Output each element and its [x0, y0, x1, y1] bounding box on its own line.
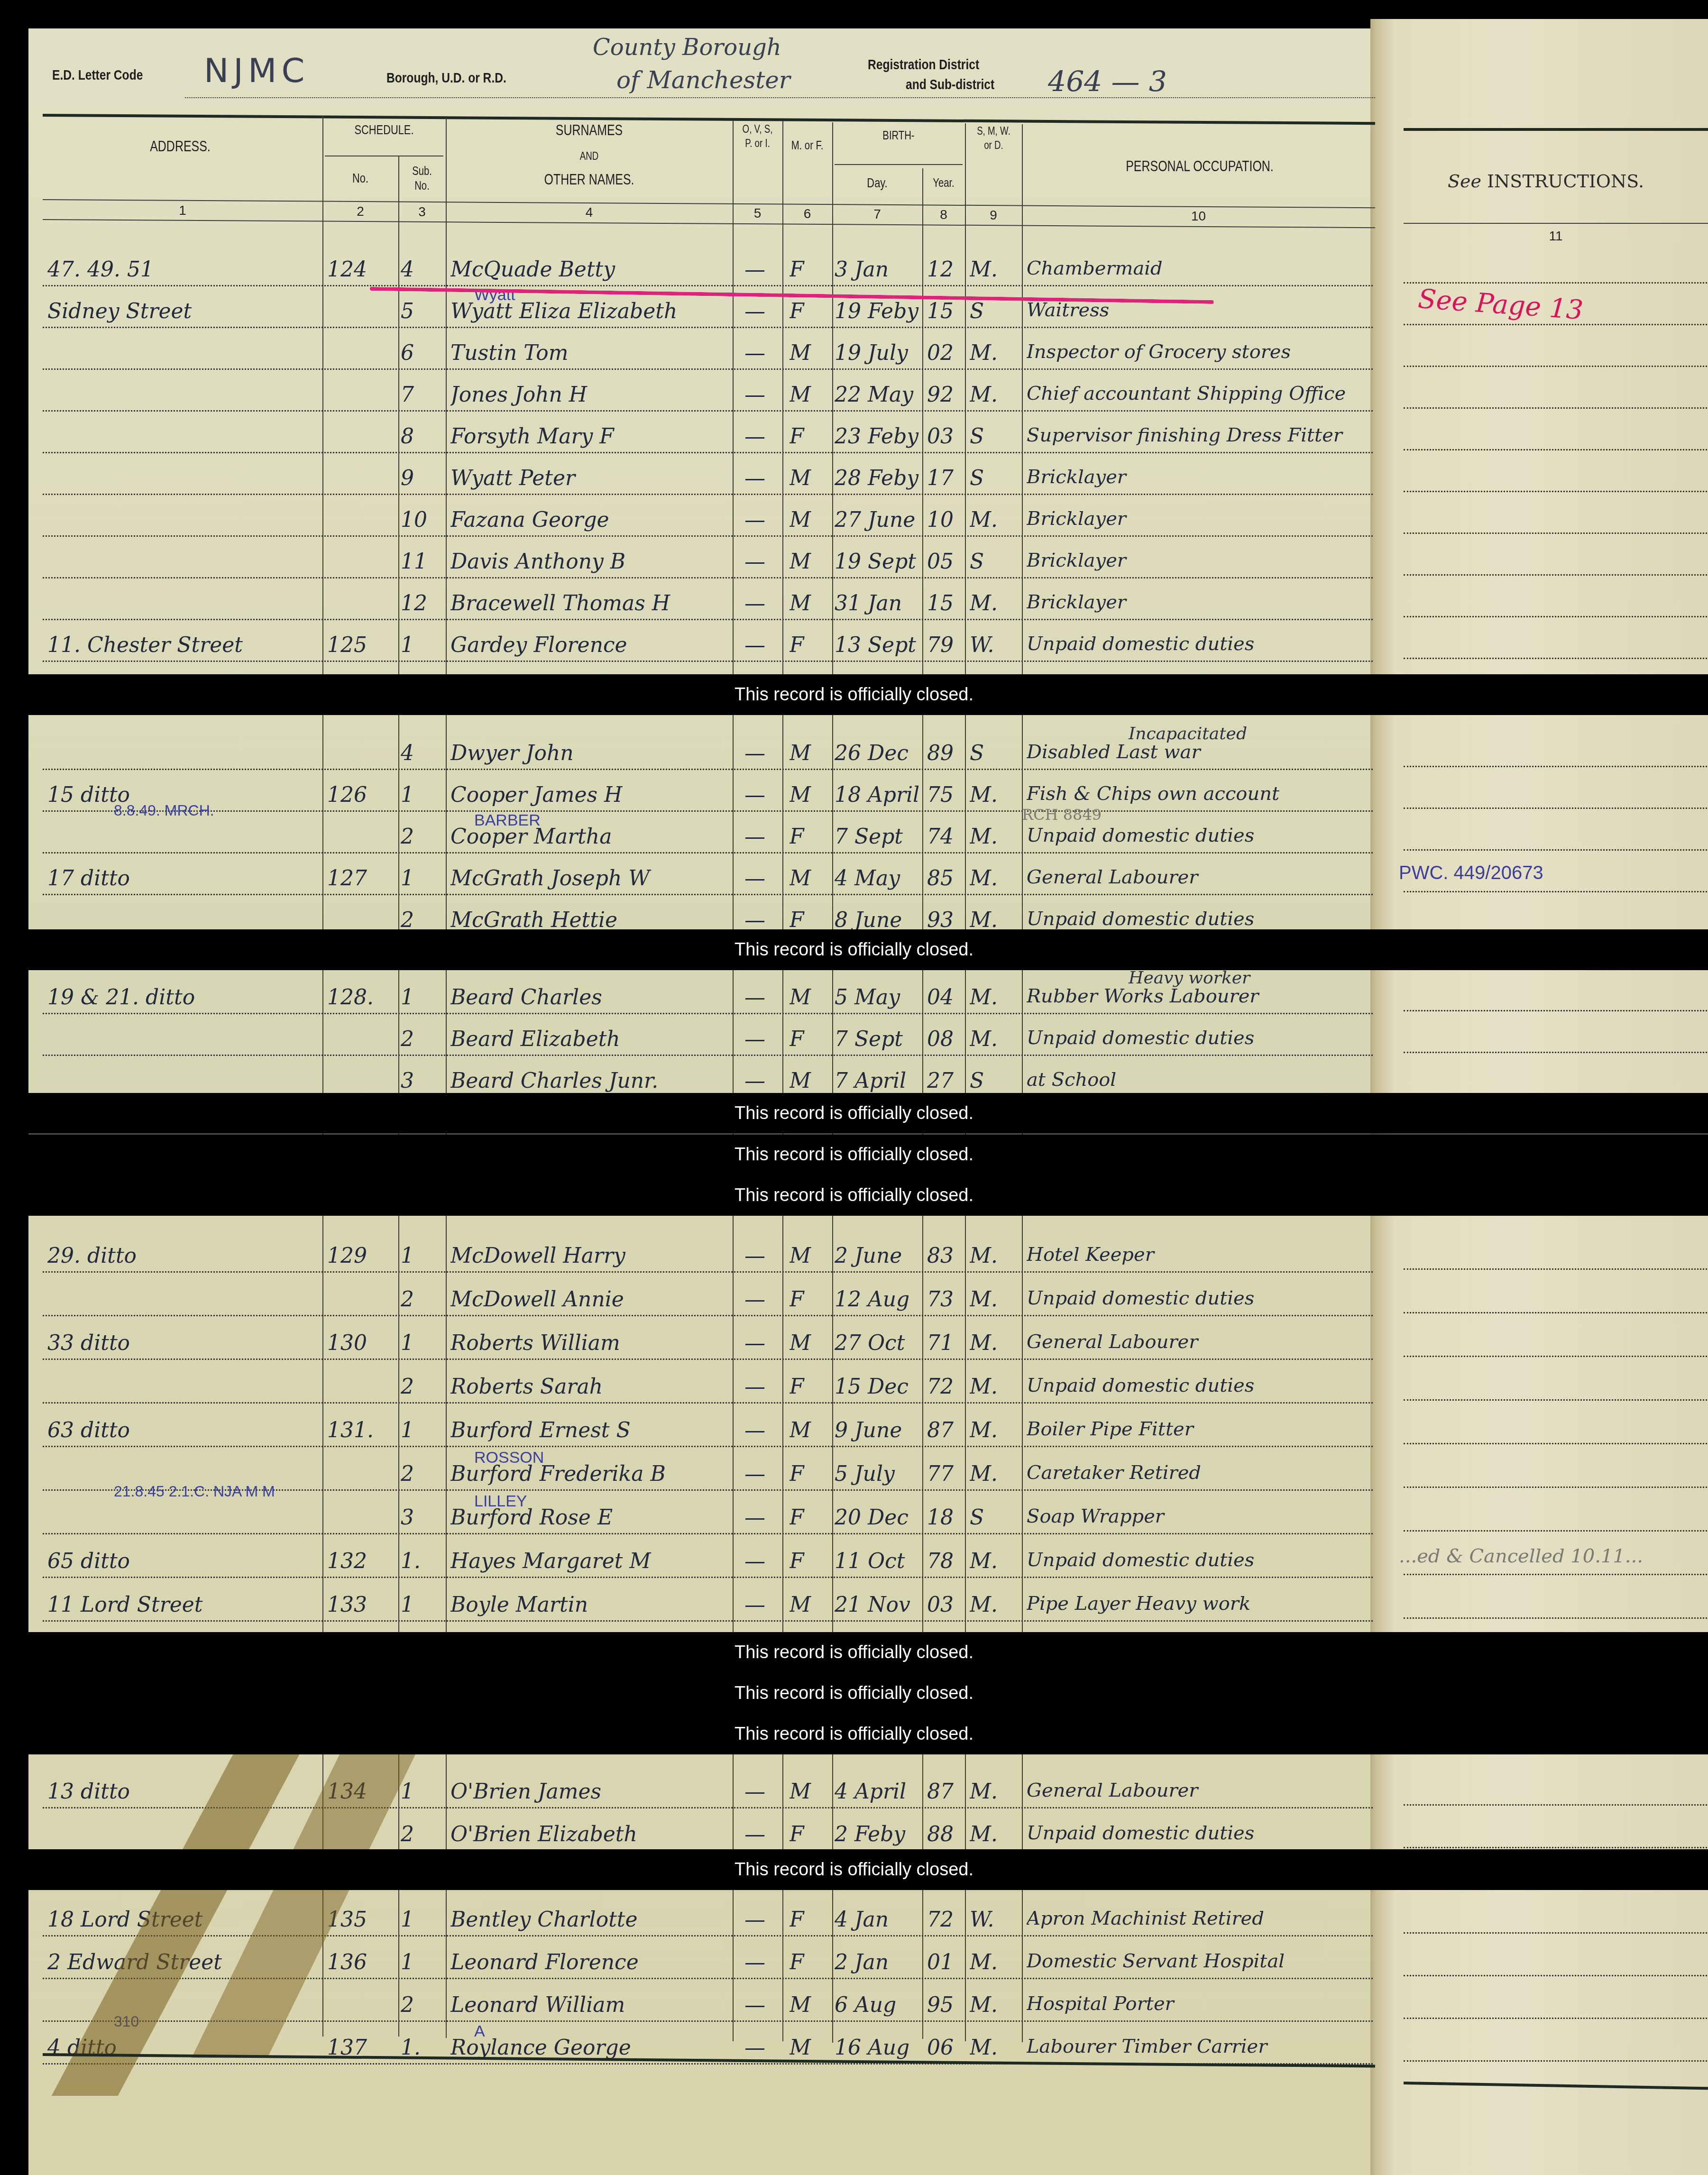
census-row: 63 ditto131.1Burford Ernest S—M9 June87M…: [0, 1410, 1375, 1452]
right-page-dotted-line: [1404, 1268, 1707, 1270]
cell-year: 74: [927, 825, 964, 849]
col-header-mf: M. or F.: [790, 138, 825, 153]
cell-sex: M: [790, 1418, 830, 1442]
name-annotation: ROSSON: [474, 1449, 544, 1467]
cell-address: 65 ditto: [47, 1549, 320, 1573]
right-page-dotted-line: [1404, 324, 1707, 325]
cell-name: Roberts William: [450, 1331, 730, 1355]
col-number: 6: [782, 206, 832, 221]
row-dotted-line: [43, 494, 1373, 495]
row-dotted-line: [43, 1013, 1373, 1014]
cell-ovspi: —: [744, 1505, 778, 1530]
cell-sub: 7: [401, 383, 443, 407]
cell-sched: 127: [327, 866, 396, 890]
row-dotted-line: [43, 285, 1373, 286]
cell-day: 4 Jan: [835, 1908, 921, 1932]
redaction-text: This record is officially closed.: [735, 1185, 973, 1206]
cell-ovspi: —: [744, 550, 778, 574]
right-page-dotted-line: [1404, 808, 1707, 809]
right-page-dotted-line: [1404, 1399, 1707, 1401]
cell-day: 2 Jan: [835, 1950, 921, 1974]
cell-status: M.: [970, 1593, 1021, 1617]
cell-status: S: [970, 299, 1021, 323]
cell-year: 17: [927, 466, 964, 490]
cell-occupation: Unpaid domestic duties: [1027, 1822, 1373, 1844]
redaction-bar: This record is officially closed.: [0, 1134, 1708, 1175]
cell-sex: M: [790, 1331, 830, 1355]
cell-occupation: Soap Wrapper: [1027, 1505, 1373, 1527]
cell-year: 77: [927, 1462, 964, 1486]
cell-occupation: Domestic Servant Hospital: [1027, 1950, 1373, 1972]
cell-sched: 129: [327, 1244, 396, 1268]
right-page-dotted-line: [1404, 1356, 1707, 1357]
cell-name: Davis Anthony B: [450, 550, 730, 574]
cell-sub: 6: [401, 341, 443, 365]
redaction-text: This record is officially closed.: [735, 1103, 973, 1124]
cell-year: 75: [927, 783, 964, 807]
cell-sub: 1: [401, 783, 443, 807]
cell-name: McGrath Hettie: [450, 908, 730, 932]
row-dotted-line: [43, 1446, 1373, 1447]
cell-ovspi: —: [744, 866, 778, 890]
cell-occupation: Bricklayer: [1027, 466, 1373, 488]
row-dotted-line: [43, 1533, 1373, 1534]
cell-sex: F: [790, 257, 830, 282]
census-row: 2Roberts Sarah—F15 Dec72M.Unpaid domesti…: [0, 1366, 1375, 1409]
cell-occupation: Labourer Timber Carrier: [1027, 2036, 1373, 2057]
cell-status: M.: [970, 1027, 1021, 1051]
right-page-dotted-line: [1404, 449, 1707, 450]
redaction-bar: This record is officially closed.: [0, 1175, 1708, 1216]
cell-sex: F: [790, 1462, 830, 1486]
cell-sex: M: [790, 550, 830, 574]
cell-status: M.: [970, 1822, 1021, 1846]
cell-year: 06: [927, 2036, 964, 2060]
cell-occupation: Inspector of Grocery stores: [1027, 341, 1373, 363]
census-row: 65 ditto1321.Hayes Margaret M—F11 Oct78M…: [0, 1541, 1375, 1583]
cell-year: 72: [927, 1375, 964, 1399]
right-page-dotted-line: [1404, 1010, 1707, 1011]
cell-occupation: Unpaid domestic duties: [1027, 825, 1373, 846]
col-header-address: ADDRESS.: [92, 138, 269, 155]
col-header-schedule: SCHEDULE.: [336, 122, 432, 138]
cell-ovspi: —: [744, 741, 778, 765]
margin-note: 21.8.45 2.1.C. NJA M M: [114, 1483, 275, 1500]
cell-ovspi: —: [744, 1375, 778, 1399]
side-note: ...ed & Cancelled 10.11...: [1399, 1545, 1643, 1567]
cell-sex: F: [790, 299, 830, 323]
cell-day: 11 Oct: [835, 1549, 921, 1573]
right-page-dotted-line: [1404, 616, 1707, 617]
cell-sub: 1: [401, 1331, 443, 1355]
cell-year: 79: [927, 633, 964, 657]
row-dotted-line: [43, 1271, 1373, 1273]
cell-sex: F: [790, 1287, 830, 1312]
cell-sub: 2: [401, 1375, 443, 1399]
cell-occupation: Hotel Keeper: [1027, 1244, 1373, 1266]
cell-sub: 9: [401, 466, 443, 490]
cell-occupation: Bricklayer: [1027, 550, 1373, 571]
cell-sub: 8: [401, 424, 443, 449]
cell-status: M.: [970, 1244, 1021, 1268]
census-row: 2Cooper Martha—F7 Sept74M.Unpaid domesti…: [0, 816, 1375, 859]
col-header-birth-year: Year.: [927, 175, 960, 190]
row-dotted-line: [43, 1620, 1373, 1622]
col-header-surnames-1: SURNAMES: [478, 121, 701, 139]
cell-sex: M: [790, 1069, 830, 1093]
cell-sub: 1: [401, 1418, 443, 1442]
margin-note: 8.8.49. MRCH.: [114, 802, 214, 819]
cell-year: 01: [927, 1950, 964, 1974]
cell-status: M.: [970, 908, 1021, 932]
cell-status: M.: [970, 1462, 1021, 1486]
cell-sex: M: [790, 783, 830, 807]
cell-year: 85: [927, 866, 964, 890]
right-page-dotted-line: [1404, 1617, 1707, 1619]
cell-occupation: Rubber Works Labourer: [1027, 985, 1373, 1007]
cell-year: 04: [927, 985, 964, 1009]
ed-letter-code-label: E.D. Letter Code: [52, 67, 143, 83]
cell-address: Sidney Street: [47, 299, 320, 323]
cell-year: 10: [927, 508, 964, 532]
cell-sub: 1: [401, 1780, 443, 1804]
cell-address: 63 ditto: [47, 1418, 320, 1442]
cell-sex: M: [790, 866, 830, 890]
cell-occupation: Unpaid domestic duties: [1027, 1549, 1373, 1571]
cell-occupation: Pipe Layer Heavy work: [1027, 1593, 1373, 1615]
cell-ovspi: —: [744, 591, 778, 615]
right-header-rule: [1404, 128, 1708, 131]
col-number: 11: [1404, 229, 1708, 244]
cell-name: Boyle Martin: [450, 1593, 730, 1617]
cell-day: 2 June: [835, 1244, 921, 1268]
cell-occupation: Hospital Porter: [1027, 1993, 1373, 2015]
cell-ovspi: —: [744, 424, 778, 449]
right-page-dotted-line: [1404, 1804, 1707, 1806]
cell-ovspi: —: [744, 1950, 778, 1974]
cell-sex: F: [790, 825, 830, 849]
cell-occupation: Apron Machinist Retired: [1027, 1908, 1373, 1929]
cell-year: 92: [927, 383, 964, 407]
census-row: 12Bracewell Thomas H—M31 Jan15M.Bricklay…: [0, 583, 1375, 625]
cell-occupation: Unpaid domestic duties: [1027, 633, 1373, 655]
cell-day: 20 Dec: [835, 1505, 921, 1530]
cell-address: 33 ditto: [47, 1331, 320, 1355]
cell-status: M.: [970, 985, 1021, 1009]
cell-ovspi: —: [744, 1549, 778, 1573]
census-row: Sidney Street5Wyatt Eliza Elizabeth—F19 …: [0, 291, 1375, 333]
row-dotted-line: [43, 368, 1373, 370]
cell-ovspi: —: [744, 1069, 778, 1093]
cell-sched: 126: [327, 783, 396, 807]
cell-occupation: at School: [1027, 1069, 1373, 1091]
cell-occupation: Unpaid domestic duties: [1027, 1375, 1373, 1396]
row-dotted-line: [43, 894, 1373, 895]
census-row: 47. 49. 511244McQuade Betty—F3 Jan12M.Ch…: [0, 249, 1375, 292]
cell-address: 11 Lord Street: [47, 1593, 320, 1617]
redaction-bar: This record is officially closed.: [0, 929, 1708, 970]
cell-status: S: [970, 741, 1021, 765]
cell-sex: F: [790, 1822, 830, 1846]
cell-day: 5 July: [835, 1462, 921, 1486]
cell-occupation: Unpaid domestic duties: [1027, 908, 1373, 930]
cell-occupation: General Labourer: [1027, 866, 1373, 888]
cell-day: 19 Sept: [835, 550, 921, 574]
cell-sched: 128.: [327, 985, 396, 1009]
reference-note: RCH 8849: [1022, 806, 1102, 824]
census-row: 11. Chester Street1251Gardey Florence—F1…: [0, 624, 1375, 667]
cell-ovspi: —: [744, 1908, 778, 1932]
census-row: 11Davis Anthony B—M19 Sept05SBricklayer: [0, 541, 1375, 584]
cell-occupation: Caretaker Retired: [1027, 1462, 1373, 1484]
cell-day: 21 Nov: [835, 1593, 921, 1617]
cell-ovspi: —: [744, 985, 778, 1009]
cell-year: 05: [927, 550, 964, 574]
borough-label: Borough, U.D. or R.D.: [386, 70, 506, 86]
cell-occupation: Chief accountant Shipping Office: [1027, 383, 1373, 404]
cell-address: 17 ditto: [47, 866, 320, 890]
cell-status: S: [970, 550, 1021, 574]
row-dotted-line: [43, 327, 1373, 328]
side-note: PWC. 449/20673: [1399, 863, 1543, 884]
cell-name: Leonard Florence: [450, 1950, 730, 1974]
cell-name: O'Brien Elizabeth: [450, 1822, 730, 1846]
cell-name: McGrath Joseph W: [450, 866, 730, 890]
cell-day: 2 Feby: [835, 1822, 921, 1846]
cell-name: Forsyth Mary F: [450, 424, 730, 449]
birth-subrule: [835, 164, 963, 165]
redaction-bar: This record is officially closed.: [0, 1093, 1708, 1134]
cell-sub: 2: [401, 1027, 443, 1051]
cell-occupation: Supervisor finishing Dress Fitter: [1027, 424, 1373, 446]
cell-address: 29. ditto: [47, 1244, 320, 1268]
cell-ovspi: —: [744, 341, 778, 365]
cell-address: 47. 49. 51: [47, 257, 320, 282]
col-header-schedule-sub: Sub. No.: [404, 164, 441, 193]
right-page-dotted-line: [1404, 1530, 1707, 1532]
col-header-ovspi: O, V, S, P. or I.: [740, 122, 775, 151]
census-row: 2McDowell Annie—F12 Aug73M.Unpaid domest…: [0, 1279, 1375, 1322]
occupation-note: Incapacitated: [1129, 724, 1247, 743]
col-header-surnames-3: OTHER NAMES.: [478, 171, 701, 188]
cell-day: 27 June: [835, 508, 921, 532]
redaction-text: This record is officially closed.: [735, 1145, 973, 1165]
row-dotted-line: [43, 769, 1373, 770]
cell-status: M.: [970, 825, 1021, 849]
cell-name: Bentley Charlotte: [450, 1908, 730, 1932]
cell-day: 5 May: [835, 985, 921, 1009]
cell-sex: M: [790, 508, 830, 532]
header-underline: [185, 97, 1375, 98]
redaction-bar: This record is officially closed.: [0, 1849, 1708, 1890]
row-dotted-line: [43, 452, 1373, 453]
redaction-text: This record is officially closed.: [735, 1683, 973, 1704]
right-page-dotted-line: [1404, 766, 1707, 767]
cell-occupation: Chambermaid: [1027, 257, 1373, 279]
cell-status: M.: [970, 383, 1021, 407]
redaction-bar: This record is officially closed.: [0, 1673, 1708, 1714]
cell-day: 28 Feby: [835, 466, 921, 490]
cell-year: 03: [927, 1593, 964, 1617]
cell-sex: M: [790, 1780, 830, 1804]
census-row: 11 Lord Street1331Boyle Martin—M21 Nov03…: [0, 1584, 1375, 1627]
cell-status: W.: [970, 633, 1021, 657]
col-number: 7: [832, 207, 922, 222]
redaction-bar: This record is officially closed.: [0, 674, 1708, 715]
col-header-birth-day: Day.: [842, 175, 912, 191]
cell-day: 3 Jan: [835, 257, 921, 282]
cell-name: Roberts Sarah: [450, 1375, 730, 1399]
cell-year: 93: [927, 908, 964, 932]
cell-name: Wyatt Peter: [450, 466, 730, 490]
cell-year: 03: [927, 424, 964, 449]
right-page-dotted-line: [1404, 366, 1707, 367]
cell-sex: M: [790, 383, 830, 407]
redaction-text: This record is officially closed.: [735, 940, 973, 960]
cell-sub: 1: [401, 1593, 443, 1617]
cell-sex: F: [790, 633, 830, 657]
cell-name: Bracewell Thomas H: [450, 591, 730, 615]
cell-day: 4 April: [835, 1780, 921, 1804]
cell-status: M.: [970, 866, 1021, 890]
right-page-dotted-line: [1404, 1443, 1707, 1444]
redaction-bar: This record is officially closed.: [0, 1714, 1708, 1754]
cell-occupation: Fish & Chips own account: [1027, 783, 1373, 805]
cell-ovspi: —: [744, 825, 778, 849]
cell-name: Jones John H: [450, 383, 730, 407]
right-page-dotted-line: [1404, 2060, 1707, 2062]
cell-status: W.: [970, 1908, 1021, 1932]
cell-name: Burford Ernest S: [450, 1418, 730, 1442]
census-row: 2Beard Elizabeth—F7 Sept08M.Unpaid domes…: [0, 1019, 1375, 1061]
name-annotation: BARBER: [474, 811, 541, 830]
cell-name: McDowell Harry: [450, 1244, 730, 1268]
cell-sex: F: [790, 1505, 830, 1530]
cell-sub: 3: [401, 1069, 443, 1093]
col-header-instructions: See INSTRUCTIONS.: [1404, 171, 1688, 192]
right-page-dotted-line: [1404, 532, 1707, 534]
cell-status: S: [970, 1069, 1021, 1093]
cell-ovspi: —: [744, 2036, 778, 2060]
col-number: 8: [922, 207, 965, 222]
col-number: 10: [1022, 209, 1375, 224]
borough-line1: County Borough: [593, 34, 781, 61]
row-dotted-line: [43, 852, 1373, 853]
cell-sched: 130: [327, 1331, 396, 1355]
col-header-birth: BIRTH-: [847, 128, 950, 143]
right-colnum-rule: [1404, 223, 1708, 224]
right-page-dotted-line: [1404, 491, 1707, 492]
cell-name: Fazana George: [450, 508, 730, 532]
cell-year: 73: [927, 1287, 964, 1312]
cell-status: M.: [970, 1780, 1021, 1804]
col-number: 3: [398, 204, 446, 220]
ed-letter-code: NJMC: [204, 51, 309, 90]
cell-day: 13 Sept: [835, 633, 921, 657]
cell-name: Beard Charles: [450, 985, 730, 1009]
cell-sex: M: [790, 985, 830, 1009]
cell-status: M.: [970, 1549, 1021, 1573]
census-row: 8Forsyth Mary F—F23 Feby03SSupervisor fi…: [0, 416, 1375, 459]
cell-day: 7 Sept: [835, 825, 921, 849]
registration-value: 464 — 3: [1048, 65, 1167, 99]
name-annotation: LILLEY: [474, 1492, 527, 1511]
cell-day: 19 Feby: [835, 299, 921, 323]
cell-status: M.: [970, 1418, 1021, 1442]
cell-name: McDowell Annie: [450, 1287, 730, 1312]
cell-sex: F: [790, 1027, 830, 1051]
row-dotted-line: [43, 410, 1373, 412]
cell-sub: 4: [401, 257, 443, 282]
cell-ovspi: —: [744, 1244, 778, 1268]
cell-ovspi: —: [744, 783, 778, 807]
cell-sched: 132: [327, 1549, 396, 1573]
cell-ovspi: —: [744, 908, 778, 932]
col-number: 4: [446, 205, 733, 220]
right-page-dotted-line: [1404, 1847, 1707, 1848]
right-page-dotted-line: [1404, 1052, 1707, 1053]
cell-sub: 1: [401, 1950, 443, 1974]
redaction-text: This record is officially closed.: [735, 1643, 973, 1663]
census-row: 17 ditto1271McGrath Joseph W—M4 May85M.G…: [0, 858, 1375, 900]
cell-sched: 133: [327, 1593, 396, 1617]
right-page-dotted-line: [1404, 1975, 1707, 1976]
cell-year: 87: [927, 1418, 964, 1442]
cell-status: S: [970, 466, 1021, 490]
cell-ovspi: —: [744, 633, 778, 657]
redaction-text: This record is officially closed.: [735, 1724, 973, 1744]
cell-status: M.: [970, 341, 1021, 365]
cell-occupation: Unpaid domestic duties: [1027, 1027, 1373, 1049]
cell-status: M.: [970, 1950, 1021, 1974]
cell-name: Beard Elizabeth: [450, 1027, 730, 1051]
census-row: 6Tustin Tom—M19 July02M.Inspector of Gro…: [0, 332, 1375, 375]
cell-year: 71: [927, 1331, 964, 1355]
cell-day: 16 Aug: [835, 2036, 921, 2060]
right-page-dotted-line: [1404, 1487, 1707, 1488]
cell-name: Hayes Margaret M: [450, 1549, 730, 1573]
right-page-dotted-line: [1404, 407, 1707, 409]
schedule-subrule: [325, 156, 443, 156]
cell-year: 87: [927, 1780, 964, 1804]
right-page-dotted-line: [1404, 891, 1707, 892]
registration-label-1: Registration District: [868, 57, 979, 73]
cell-year: 08: [927, 1027, 964, 1051]
cell-name: Dwyer John: [450, 741, 730, 765]
cell-sched: 124: [327, 257, 396, 282]
cell-year: 27: [927, 1069, 964, 1093]
cell-sub: 1: [401, 985, 443, 1009]
cell-sex: M: [790, 741, 830, 765]
cell-sex: F: [790, 1908, 830, 1932]
cell-ovspi: —: [744, 1822, 778, 1846]
occupation-note: Heavy worker: [1129, 968, 1250, 988]
cell-status: S: [970, 424, 1021, 449]
cell-occupation: Unpaid domestic duties: [1027, 1287, 1373, 1309]
cell-sub: 10: [401, 508, 443, 532]
census-row: 10Fazana George—M27 June10M.Bricklayer: [0, 499, 1375, 542]
cell-day: 18 April: [835, 783, 921, 807]
right-page-dotted-line: [1404, 1932, 1707, 1934]
cell-sex: M: [790, 1244, 830, 1268]
cell-ovspi: —: [744, 1418, 778, 1442]
cell-ovspi: —: [744, 257, 778, 282]
col-header-schedule-no: No.: [331, 171, 390, 186]
cell-sub: 3: [401, 1505, 443, 1530]
cell-occupation: Disabled Last war: [1027, 741, 1373, 763]
col-number: 5: [733, 206, 782, 221]
row-dotted-line: [43, 1055, 1373, 1056]
